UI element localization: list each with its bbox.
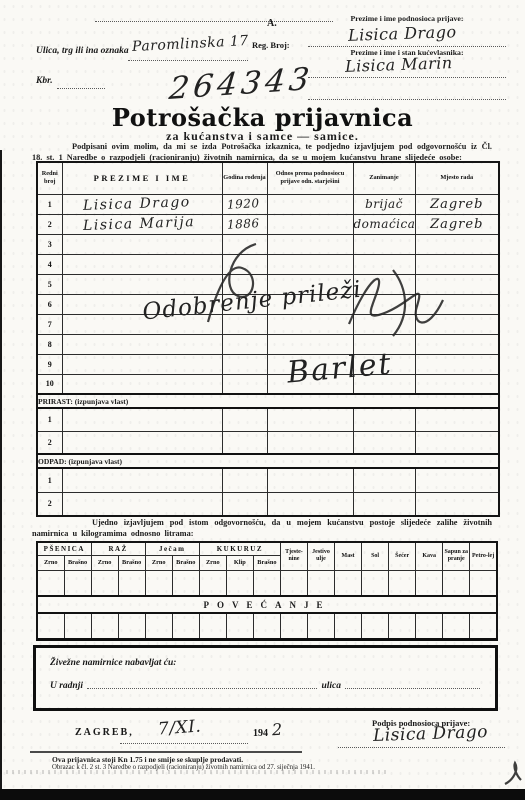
povecanje-band-row: POVEĆANJE bbox=[37, 596, 497, 613]
cell bbox=[362, 570, 389, 596]
cell bbox=[267, 468, 353, 492]
workplace-handwritten: Zagreb bbox=[416, 197, 499, 212]
cell bbox=[389, 613, 416, 639]
cell bbox=[199, 570, 226, 596]
cell bbox=[307, 570, 334, 596]
row-number: 8 bbox=[37, 334, 62, 354]
relation-cell bbox=[267, 194, 353, 214]
group-header-jecam: Ječam bbox=[145, 542, 199, 555]
street-dotted-line bbox=[345, 687, 480, 689]
cell bbox=[415, 234, 499, 254]
cell bbox=[415, 408, 499, 431]
kbr-dotted-line bbox=[57, 87, 105, 89]
cell bbox=[37, 570, 64, 596]
sub-header: Zrno bbox=[91, 555, 118, 570]
address-value-handwritten: Paromlinska 17 bbox=[132, 33, 249, 55]
name-handwritten: Lisica Marija bbox=[82, 214, 195, 234]
applicant-name-handwritten: Lisica Drago bbox=[348, 22, 457, 45]
shop-label: U radnji bbox=[50, 681, 83, 691]
form-title: Potrošačka prijavnica bbox=[0, 103, 525, 132]
prirast-band: PRIRAST: (izpunjava vlast) bbox=[37, 394, 499, 408]
col-header-zanimanje: Zanimanje bbox=[353, 162, 415, 194]
group-header-psenica: PŠENICA bbox=[37, 542, 91, 555]
address-label: Ulica, trg ili ina oznaka bbox=[36, 46, 129, 56]
applicant-label-wrap: Prezime i ime podnosioca prijave: bbox=[308, 14, 506, 23]
group-header-kukuruz: KUKURUZ bbox=[199, 542, 280, 555]
pen-flourish-icon bbox=[503, 760, 523, 786]
applicant-label: Prezime i ime podnosioca prijave: bbox=[308, 14, 506, 23]
shop-heading: Živežne namirnice nabavljat ću: bbox=[50, 658, 176, 668]
cell bbox=[267, 234, 353, 254]
name-handwritten: Lisica Drago bbox=[82, 194, 190, 214]
cell bbox=[222, 468, 267, 492]
relation-cell bbox=[267, 214, 353, 234]
cell bbox=[470, 570, 497, 596]
odpad-row-2: 2 bbox=[37, 492, 499, 516]
cell bbox=[222, 334, 267, 354]
cell bbox=[64, 570, 91, 596]
city-label: ZAGREB, bbox=[75, 727, 134, 738]
supplies-data-row-1 bbox=[37, 570, 497, 596]
col-header-mast: Mast bbox=[335, 542, 362, 570]
householder-dotted-line bbox=[308, 76, 506, 78]
householder-name-handwritten: Lisica Marin bbox=[345, 53, 453, 76]
person-row-1: 1 Lisica Drago 1920 brijač Zagreb bbox=[37, 194, 499, 214]
name-cell: Lisica Marija bbox=[62, 214, 222, 234]
reg-broj-label: Reg. Broj: bbox=[252, 40, 290, 50]
person-row-9: 9 bbox=[37, 354, 499, 374]
section-letter: A. bbox=[267, 18, 277, 29]
cell bbox=[253, 570, 280, 596]
prirast-band-row: PRIRAST: (izpunjava vlast) bbox=[37, 394, 499, 408]
cell bbox=[389, 570, 416, 596]
cell bbox=[118, 570, 145, 596]
row-number: 4 bbox=[37, 254, 62, 274]
scan-left-edge bbox=[0, 150, 2, 792]
cell bbox=[62, 431, 222, 454]
cell bbox=[267, 408, 353, 431]
occupation-cell: domaćica bbox=[353, 214, 415, 234]
footer-price-note: Ova prijavnica stoji Kn 1.75 i ne smije … bbox=[52, 755, 243, 764]
col-header-sol: Sol bbox=[362, 542, 389, 570]
workplace-cell: Zagreb bbox=[415, 194, 499, 214]
cell bbox=[335, 570, 362, 596]
cell bbox=[226, 570, 253, 596]
cell bbox=[443, 613, 470, 639]
cell bbox=[362, 613, 389, 639]
cell bbox=[353, 492, 415, 516]
cell bbox=[416, 613, 443, 639]
cell bbox=[62, 374, 222, 394]
row-number: 2 bbox=[37, 431, 62, 454]
cell bbox=[415, 431, 499, 454]
cell bbox=[415, 354, 499, 374]
col-header-odnos: Odnos prema podnosiocu prijave odn. star… bbox=[267, 162, 353, 194]
cell bbox=[267, 431, 353, 454]
cell bbox=[443, 570, 470, 596]
cell bbox=[353, 408, 415, 431]
workplace-cell: Zagreb bbox=[415, 214, 499, 234]
row-number: 6 bbox=[37, 294, 62, 314]
sub-header: Zrno bbox=[199, 555, 226, 570]
cell bbox=[62, 492, 222, 516]
col-header-prezime-ime: PREZIME I IME bbox=[62, 162, 222, 194]
col-header-godina: Godina rođenja bbox=[222, 162, 267, 194]
empty-dotted-line bbox=[308, 98, 506, 100]
shop-dotted-line bbox=[87, 687, 317, 689]
sub-header: Klip bbox=[226, 555, 253, 570]
pen-flourish-icon bbox=[335, 262, 450, 342]
shop-street-label: ulica bbox=[321, 681, 341, 691]
supplies-group-header-row: PŠENICA RAŽ Ječam KUKURUZ Tjeste-nine Je… bbox=[37, 542, 497, 555]
supplies-table: PŠENICA RAŽ Ječam KUKURUZ Tjeste-nine Je… bbox=[36, 541, 498, 641]
kbr-label: Kbr. bbox=[36, 76, 53, 86]
supplies-intro: Ujedno izjavljujem pod istom odgovornošć… bbox=[32, 518, 492, 540]
col-header-jestivo-ulje: Jestivo ulje bbox=[307, 542, 334, 570]
cell bbox=[172, 613, 199, 639]
row-number: 9 bbox=[37, 354, 62, 374]
sub-header: Zrno bbox=[37, 555, 64, 570]
scanned-form-page: Ulica, trg ili ina oznaka Paromlinska 17… bbox=[0, 0, 525, 800]
prirast-row-1: 1 bbox=[37, 408, 499, 431]
col-header-petrolej: Petro-lej bbox=[470, 542, 497, 570]
col-header-kava: Kava bbox=[416, 542, 443, 570]
year-cell: 1886 bbox=[222, 214, 267, 234]
applicant-dotted-line bbox=[308, 45, 506, 47]
top-dotted-line bbox=[95, 20, 333, 22]
cell bbox=[280, 570, 307, 596]
cell bbox=[280, 613, 307, 639]
workplace-handwritten: Zagreb bbox=[416, 217, 499, 232]
odpad-row-1: 1 bbox=[37, 468, 499, 492]
year-handwritten: 2 bbox=[272, 720, 284, 740]
row-number: 2 bbox=[37, 492, 62, 516]
shop-row: U radnji ulica bbox=[50, 681, 480, 691]
sub-header: Brašno bbox=[172, 555, 199, 570]
cell bbox=[222, 354, 267, 374]
cell bbox=[145, 613, 172, 639]
cell bbox=[335, 613, 362, 639]
address-dotted-line bbox=[128, 59, 248, 61]
cell bbox=[307, 613, 334, 639]
cell bbox=[353, 468, 415, 492]
cell bbox=[91, 570, 118, 596]
occupation-cell: brijač bbox=[353, 194, 415, 214]
col-header-sapun: Sapun za pranje bbox=[443, 542, 470, 570]
cell bbox=[415, 492, 499, 516]
cell bbox=[222, 431, 267, 454]
sub-header: Zrno bbox=[145, 555, 172, 570]
shop-box: Živežne namirnice nabavljat ću: U radnji… bbox=[33, 645, 498, 711]
cell bbox=[118, 613, 145, 639]
cell bbox=[62, 334, 222, 354]
povecanje-band: POVEĆANJE bbox=[37, 596, 497, 613]
row-number: 1 bbox=[37, 408, 62, 431]
cell bbox=[353, 431, 415, 454]
odpad-band-row: ODPAD: (izpunjava vlast) bbox=[37, 454, 499, 468]
footer-form-note: Obrazac k čl. 2 st. 3 Naredbe o razpodje… bbox=[52, 764, 315, 771]
occupation-handwritten: brijač bbox=[354, 197, 415, 211]
cell bbox=[253, 613, 280, 639]
row-number: 2 bbox=[37, 214, 62, 234]
signature-dotted-line bbox=[338, 746, 505, 748]
name-cell: Lisica Drago bbox=[62, 194, 222, 214]
cell bbox=[172, 570, 199, 596]
year-handwritten: 1920 bbox=[222, 196, 259, 212]
footer-rule bbox=[30, 751, 302, 753]
scan-bottom-bar bbox=[0, 789, 525, 800]
cell bbox=[222, 374, 267, 394]
date-dotted-line bbox=[120, 742, 248, 744]
cell bbox=[222, 408, 267, 431]
cell bbox=[416, 570, 443, 596]
cell bbox=[91, 613, 118, 639]
row-number: 3 bbox=[37, 234, 62, 254]
col-header-redni-broj: Redni broj bbox=[37, 162, 62, 194]
person-row-10: 10 bbox=[37, 374, 499, 394]
sub-header: Brašno bbox=[118, 555, 145, 570]
col-header-secer: Šećer bbox=[389, 542, 416, 570]
cell bbox=[199, 613, 226, 639]
cell bbox=[64, 613, 91, 639]
group-header-raz: RAŽ bbox=[91, 542, 145, 555]
row-number: 1 bbox=[37, 468, 62, 492]
applicant-signature-handwritten: Lisica Drago bbox=[373, 722, 489, 746]
supplies-data-row-2 bbox=[37, 613, 497, 639]
col-header-tjestenine: Tjeste-nine bbox=[280, 542, 307, 570]
row-number: 10 bbox=[37, 374, 62, 394]
reg-number-handwritten: 264343 bbox=[167, 61, 315, 107]
prirast-row-2: 2 bbox=[37, 431, 499, 454]
occupation-handwritten: domaćica bbox=[354, 217, 415, 231]
row-number: 7 bbox=[37, 314, 62, 334]
cell bbox=[62, 468, 222, 492]
row-number: 1 bbox=[37, 194, 62, 214]
cell bbox=[267, 492, 353, 516]
cell bbox=[62, 408, 222, 431]
person-row-2: 2 Lisica Marija 1886 domaćica Zagreb bbox=[37, 214, 499, 234]
col-header-mjesto-rada: Mjesto rada bbox=[415, 162, 499, 194]
cell bbox=[145, 570, 172, 596]
cell bbox=[470, 613, 497, 639]
sub-header: Brašno bbox=[64, 555, 91, 570]
year-handwritten: 1886 bbox=[222, 216, 259, 232]
cell bbox=[62, 354, 222, 374]
cell bbox=[222, 492, 267, 516]
cell bbox=[415, 374, 499, 394]
cell bbox=[353, 234, 415, 254]
row-number: 5 bbox=[37, 274, 62, 294]
year-printed: 194 bbox=[253, 728, 268, 739]
cell bbox=[37, 613, 64, 639]
cell bbox=[226, 613, 253, 639]
date-handwritten: 7/XI. bbox=[157, 717, 202, 740]
year-cell: 1920 bbox=[222, 194, 267, 214]
odpad-band: ODPAD: (izpunjava vlast) bbox=[37, 454, 499, 468]
persons-header-row: Redni broj PREZIME I IME Godina rođenja … bbox=[37, 162, 499, 194]
cell bbox=[415, 468, 499, 492]
sub-header: Brašno bbox=[253, 555, 280, 570]
